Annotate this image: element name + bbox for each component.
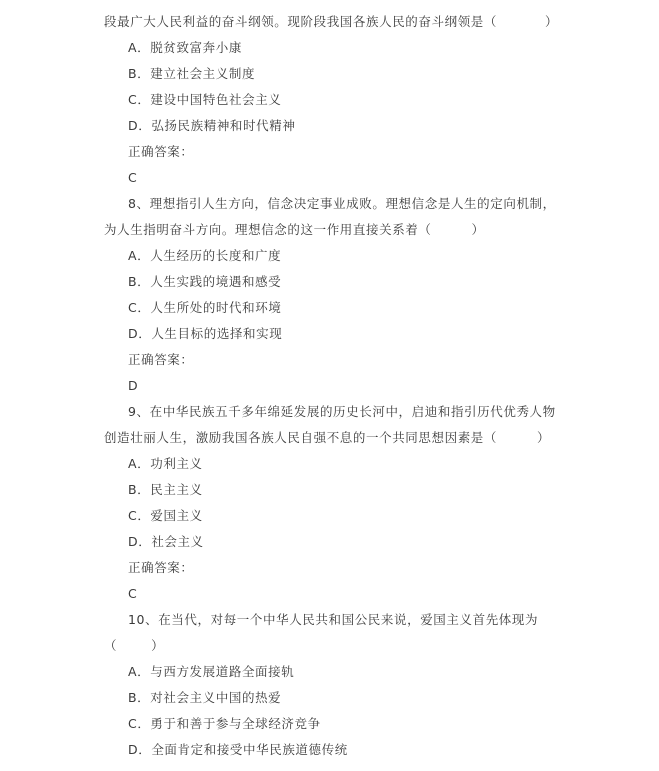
q9-answer-value: C bbox=[128, 586, 137, 602]
q7-answer-value: C bbox=[128, 170, 137, 186]
document-page: 段最广大人民利益的奋斗纲领。现阶段我国各族人民的奋斗纲领是（） A．脱贫致富奔小… bbox=[0, 0, 659, 771]
q8-option-c: C．人生所处的时代和环境 bbox=[128, 300, 281, 316]
q10-option-a: A．与西方发展道路全面接轨 bbox=[128, 664, 294, 680]
q9-option-c: C．爱国主义 bbox=[128, 508, 203, 524]
q10-option-c: C．勇于和善于参与全球经济竞争 bbox=[128, 716, 321, 732]
q8-stem-line2: 为人生指明奋斗方向。理想信念的这一作用直接关系着（） bbox=[104, 222, 485, 238]
q7-paren-close: ） bbox=[545, 14, 558, 29]
q9-paren-close: ） bbox=[537, 430, 550, 445]
q8-stem-line1: 8、理想指引人生方向，信念决定事业成败。理想信念是人生的定向机制， bbox=[128, 196, 556, 212]
q8-paren-close: ） bbox=[472, 222, 485, 237]
q7-answer-label: 正确答案： bbox=[128, 144, 194, 160]
q7-option-c: C．建设中国特色社会主义 bbox=[128, 92, 281, 108]
q9-option-a: A．功利主义 bbox=[128, 456, 203, 472]
q9-answer-label: 正确答案： bbox=[128, 560, 194, 576]
q8-answer-label: 正确答案： bbox=[128, 352, 194, 368]
q10-option-b: B．对社会主义中国的热爱 bbox=[128, 690, 281, 706]
q9-stem-text: 创造壮丽人生，激励我国各族人民自强不息的一个共同思想因素是（ bbox=[104, 430, 497, 445]
q8-option-b: B．人生实践的境遇和感受 bbox=[128, 274, 281, 290]
q8-stem-text: 为人生指明奋斗方向。理想信念的这一作用直接关系着（ bbox=[104, 222, 432, 237]
q10-paren-close: ） bbox=[151, 638, 164, 653]
q10-stem-line1: 10、在当代，对每一个中华人民共和国公民来说，爱国主义首先体现为 bbox=[128, 612, 538, 628]
q10-option-d: D．全面肯定和接受中华民族道德传统 bbox=[128, 742, 348, 758]
q9-stem-line2: 创造壮丽人生，激励我国各族人民自强不息的一个共同思想因素是（） bbox=[104, 430, 550, 446]
q8-option-d: D．人生目标的选择和实现 bbox=[128, 326, 282, 342]
q8-option-a: A．人生经历的长度和广度 bbox=[128, 248, 281, 264]
q7-option-a: A．脱贫致富奔小康 bbox=[128, 40, 242, 56]
q9-option-d: D．社会主义 bbox=[128, 534, 204, 550]
q7-option-d: D．弘扬民族精神和时代精神 bbox=[128, 118, 295, 134]
q7-stem-line: 段最广大人民利益的奋斗纲领。现阶段我国各族人民的奋斗纲领是（） bbox=[104, 14, 558, 30]
q7-stem-text: 段最广大人民利益的奋斗纲领。现阶段我国各族人民的奋斗纲领是（ bbox=[104, 14, 497, 29]
q10-stem-line2: （） bbox=[104, 638, 164, 654]
q7-option-b: B．建立社会主义制度 bbox=[128, 66, 255, 82]
q8-answer-value: D bbox=[128, 378, 138, 394]
q9-stem-line1: 9、在中华民族五千多年绵延发展的历史长河中，启迪和指引历代优秀人物 bbox=[128, 404, 556, 420]
q9-option-b: B．民主主义 bbox=[128, 482, 203, 498]
q10-paren-open: （ bbox=[104, 638, 117, 653]
